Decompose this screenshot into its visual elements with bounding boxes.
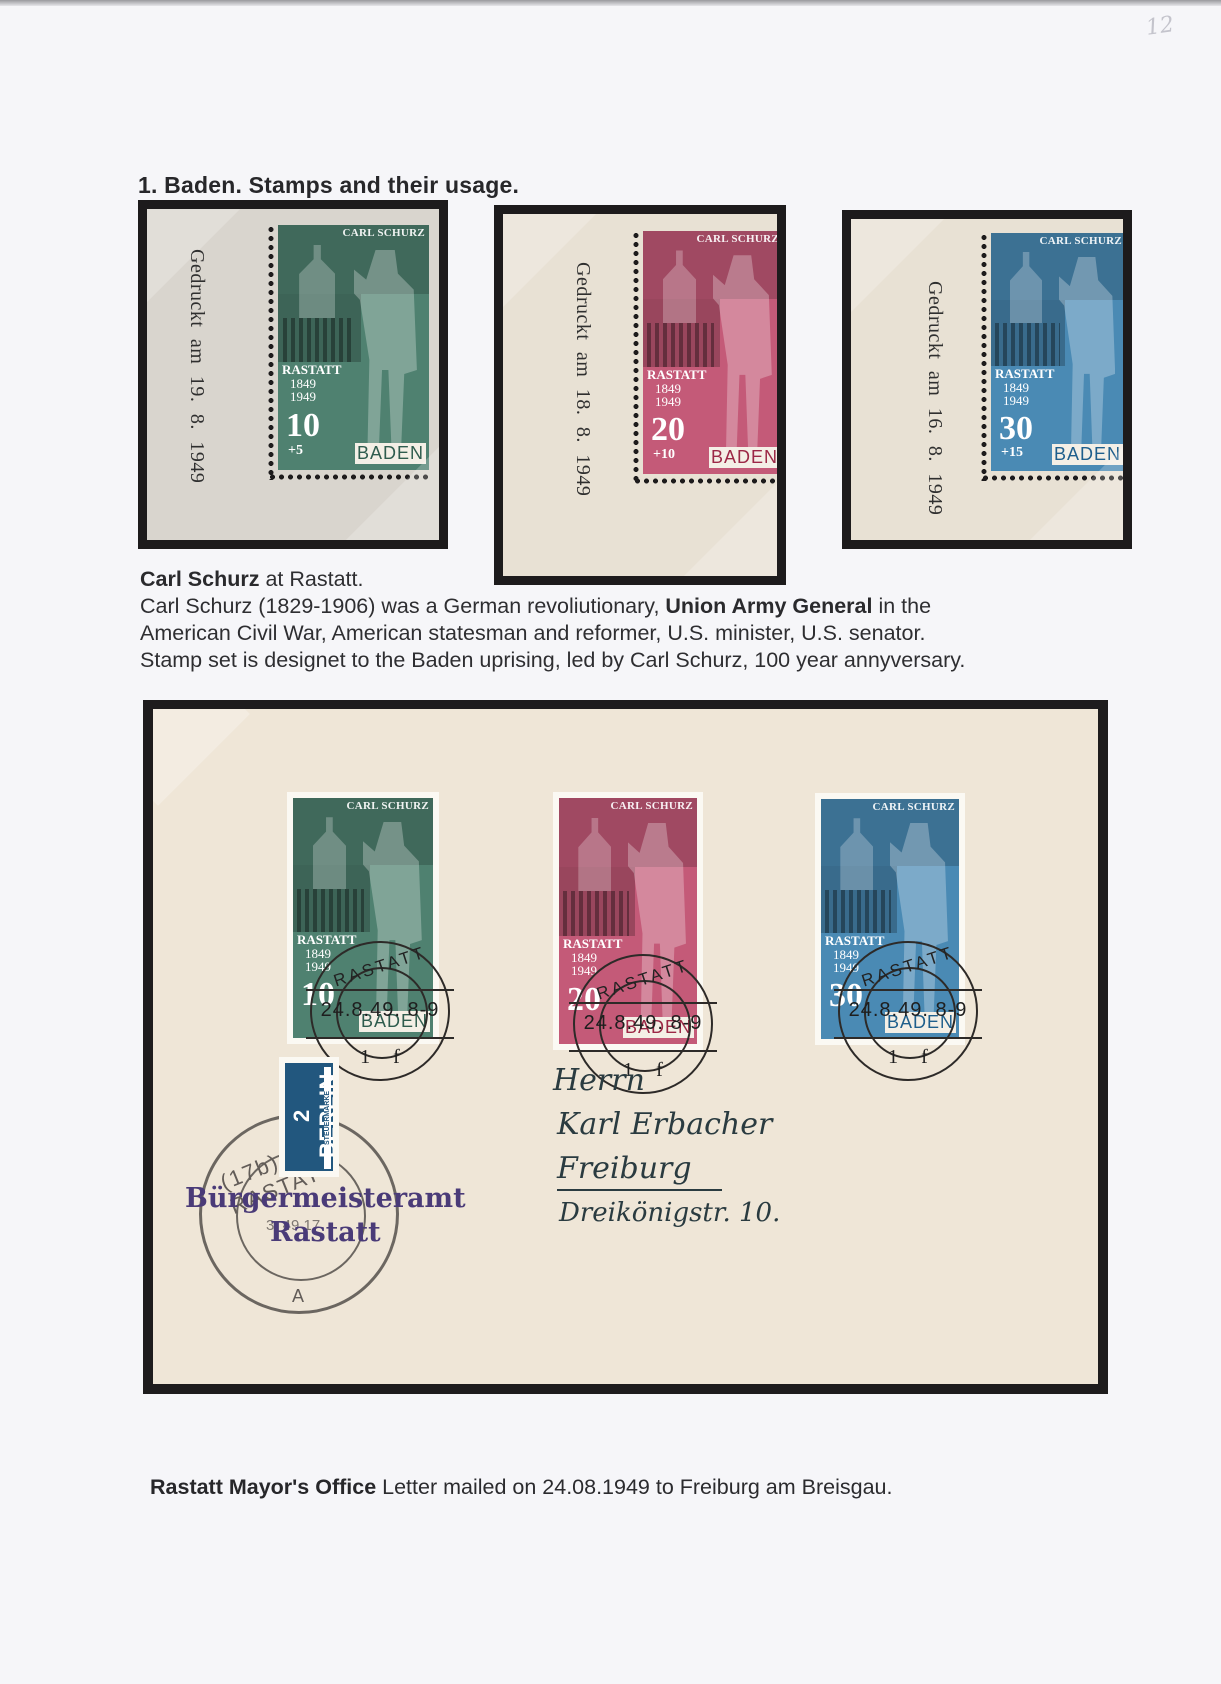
margin-imprint: Gedruckt am 19. 8. 1949	[185, 249, 208, 483]
stamp-surcharge: +15	[1001, 445, 1023, 461]
cover-caption: Rastatt Mayor's Office Letter mailed on …	[150, 1475, 892, 1500]
cover-mount: CARL SCHURZ RASTATT 18491949 10 BADEN RA…	[143, 700, 1108, 1394]
stamp-mount-blue: Gedruckt am 16. 8. 1949 CARL SCHURZ RAST…	[842, 210, 1132, 549]
sheet-margin: Gedruckt am 16. 8. 1949 CARL SCHURZ RAST…	[851, 219, 1123, 540]
sheet-margin: Gedruckt am 18. 8. 1949 CARL SCHURZ RAST…	[503, 214, 777, 576]
stamp-10-green: CARL SCHURZ RASTATT 18491949 10 +5 BADEN	[278, 225, 429, 470]
mayor-office-cachet: Bürgermeisteramt Rastatt	[185, 1182, 466, 1250]
stamp-years: 18491949	[290, 377, 316, 403]
description: Carl Schurz at Rastatt. Carl Schurz (182…	[140, 566, 965, 674]
postmark: RASTATT 24.8.49. 8-9 1 f	[838, 941, 978, 1081]
stamp-30-blue: CARL SCHURZ RASTATT 18491949 30 +15 BADE…	[991, 233, 1123, 471]
stamp-design: CARL SCHURZ RASTATT 18491949 20 +10 BADE…	[643, 231, 777, 474]
page-number-note: 12	[1144, 12, 1175, 41]
stamp-country: BADEN	[709, 447, 777, 468]
stamp-design: CARL SCHURZ RASTATT 18491949 30 +15 BADE…	[991, 233, 1123, 471]
stamp-value: 20	[651, 413, 685, 447]
caption-line: Stamp set is designet to the Baden upris…	[140, 647, 965, 674]
stamp-surcharge: +5	[288, 443, 303, 459]
margin-imprint: Gedruckt am 18. 8. 1949	[571, 262, 594, 496]
stamp-years: 18491949	[1003, 381, 1029, 407]
envelope: CARL SCHURZ RASTATT 18491949 10 BADEN RA…	[153, 709, 1098, 1384]
caption-line: American Civil War, American statesman a…	[140, 620, 965, 647]
stamp-20-red: CARL SCHURZ RASTATT 18491949 20 +10 BADE…	[643, 231, 777, 474]
stamp-design: CARL SCHURZ RASTATT 18491949 10 +5 BADEN	[278, 225, 429, 470]
sheet-margin: Gedruckt am 19. 8. 1949 CARL SCHURZ RAST…	[147, 209, 439, 540]
scan-edge	[0, 0, 1221, 6]
stamp-mount-green: Gedruckt am 19. 8. 1949 CARL SCHURZ RAST…	[138, 200, 448, 549]
stamp-banner: CARL SCHURZ	[1040, 235, 1122, 247]
caption-title: Carl Schurz at Rastatt.	[140, 566, 965, 593]
stamp-banner: CARL SCHURZ	[343, 227, 425, 239]
stamp-mount-red: Gedruckt am 18. 8. 1949 CARL SCHURZ RAST…	[494, 205, 786, 585]
stamp-country: BADEN	[355, 443, 426, 464]
stamp-years: 18491949	[655, 382, 681, 408]
page-title: 1. Baden. Stamps and their usage.	[138, 172, 519, 199]
stamp-country: BADEN	[1052, 444, 1123, 465]
margin-imprint: Gedruckt am 16. 8. 1949	[923, 281, 946, 515]
caption-line: Carl Schurz (1829-1906) was a German rev…	[140, 593, 965, 620]
stamp-surcharge: +10	[653, 447, 675, 463]
stamp-banner: CARL SCHURZ	[697, 233, 777, 245]
stamp-value: 10	[286, 409, 320, 443]
berlin-notopfer-stamp: 2 BERLIN STEUERMARKE	[279, 1057, 339, 1177]
stamp-value: 30	[999, 412, 1033, 446]
recipient-address: Herrn Karl Erbacher Freiburg Dreikönigst…	[553, 1059, 780, 1235]
